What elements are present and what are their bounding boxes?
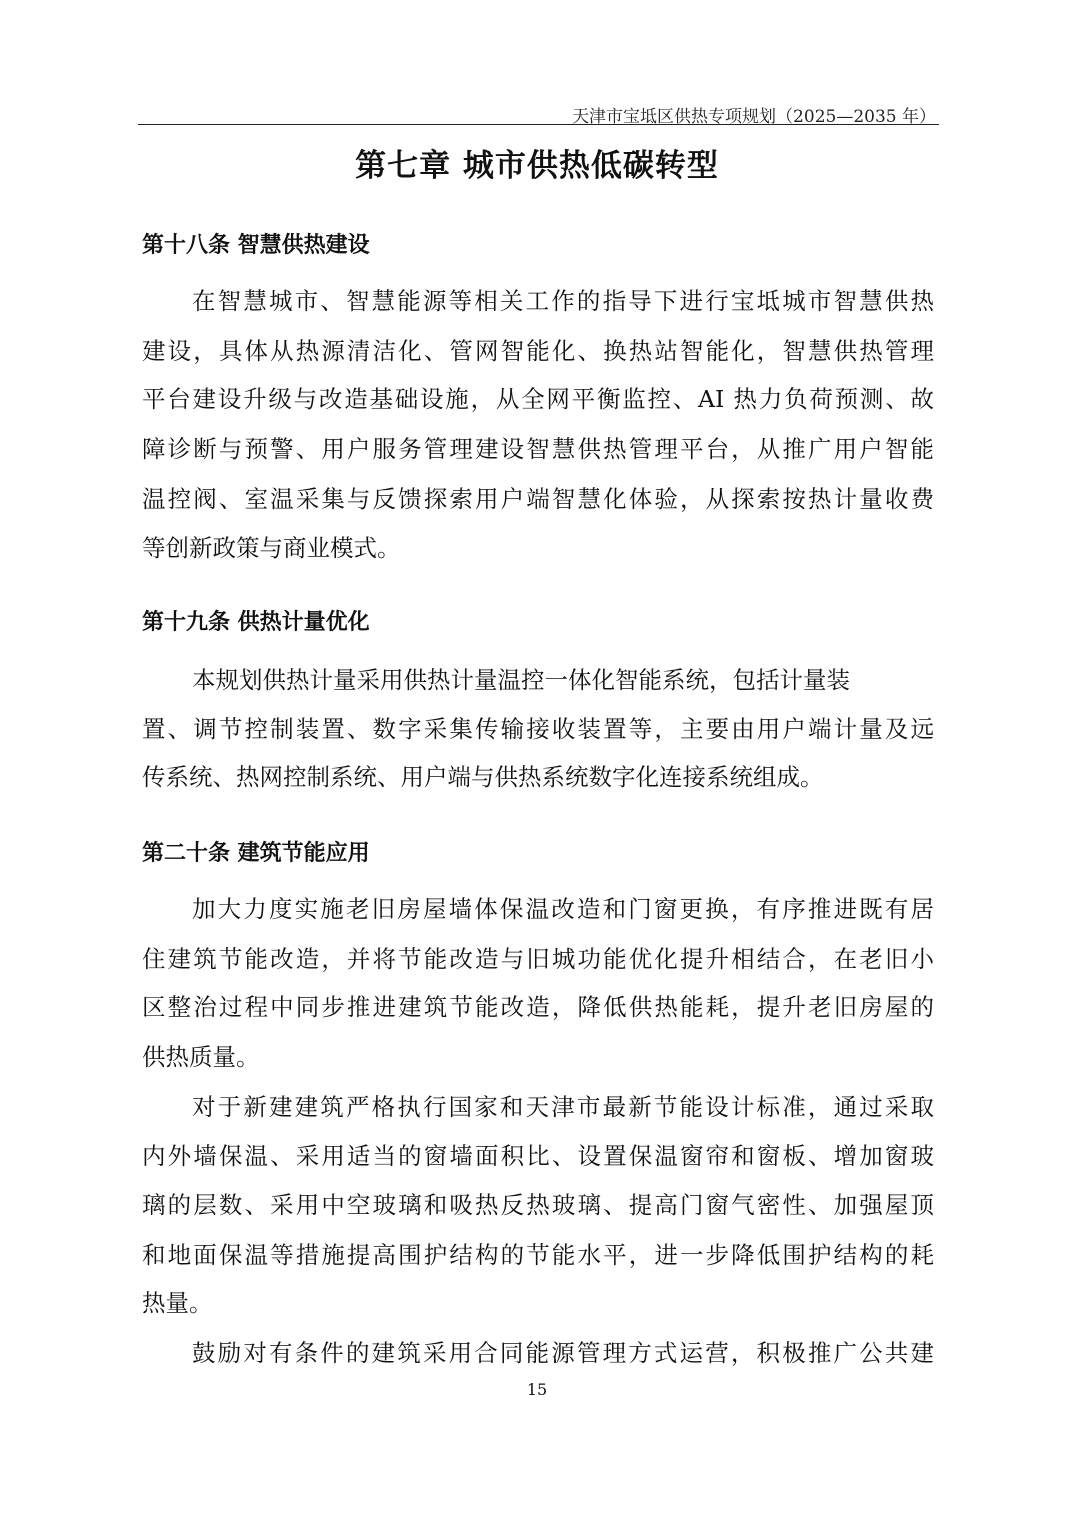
paragraph-line: 热量。 [142,1288,934,1318]
paragraph-line: 区整治过程中同步推进建筑节能改造，降低供热能耗，提升老旧房屋的 [142,992,934,1022]
page-number: 15 [0,1380,1074,1399]
paragraph-line: 璃的层数、采用中空玻璃和吸热反热玻璃、提高门窗气密性、加强屋顶 [142,1190,934,1220]
paragraph-line: 传系统、热网控制系统、用户端与供热系统数字化连接系统组成。 [142,762,934,792]
paragraph-line: 供热质量。 [142,1042,934,1072]
paragraph-line: 在智慧城市、智慧能源等相关工作的指导下进行宝坻城市智慧供热 [192,286,934,316]
paragraph-line: 等创新政策与商业模式。 [142,533,934,563]
paragraph-line: 障诊断与预警、用户服务管理建设智慧供热管理平台，从推广用户智能 [142,434,934,464]
paragraph-line: 住建筑节能改造，并将节能改造与旧城功能优化提升相结合，在老旧小 [142,944,934,974]
paragraph-line: 鼓励对有条件的建筑采用合同能源管理方式运营，积极推广公共建 [192,1338,934,1368]
paragraph-line: 内外墙保温、采用适当的窗墙面积比、设置保温窗帘和窗板、增加窗玻 [142,1141,934,1171]
article-20-title: 第二十条 建筑节能应用 [142,836,370,867]
paragraph-line: 平台建设升级与改造基础设施，从全网平衡监控、AI 热力负荷预测、故 [142,384,934,414]
paragraph-line: 本规划供热计量采用供热计量温控一体化智能系统，包括计量装 [192,665,934,695]
paragraph-line: 置、调节控制装置、数字采集传输接收装置等，主要由用户端计量及远 [142,714,934,744]
paragraph-line: 对于新建建筑严格执行国家和天津市最新节能设计标准，通过采取 [192,1092,934,1122]
paragraph-line: 加大力度实施老旧房屋墙体保温改造和门窗更换，有序推进既有居 [192,894,934,924]
paragraph-line: 和地面保温等措施提高围护结构的节能水平，进一步降低围护结构的耗 [142,1240,934,1270]
chapter-title: 第七章 城市供热低碳转型 [0,140,1074,185]
paragraph-line: 温控阀、室温采集与反馈探索用户端智慧化体验，从探索按热计量收费 [142,484,934,514]
article-18-title: 第十八条 智慧供热建设 [142,228,370,259]
paragraph-line: 建设，具体从热源清洁化、管网智能化、换热站智能化，智慧供热管理 [142,336,934,366]
article-19-title: 第十九条 供热计量优化 [142,605,370,636]
header-divider [138,124,939,125]
